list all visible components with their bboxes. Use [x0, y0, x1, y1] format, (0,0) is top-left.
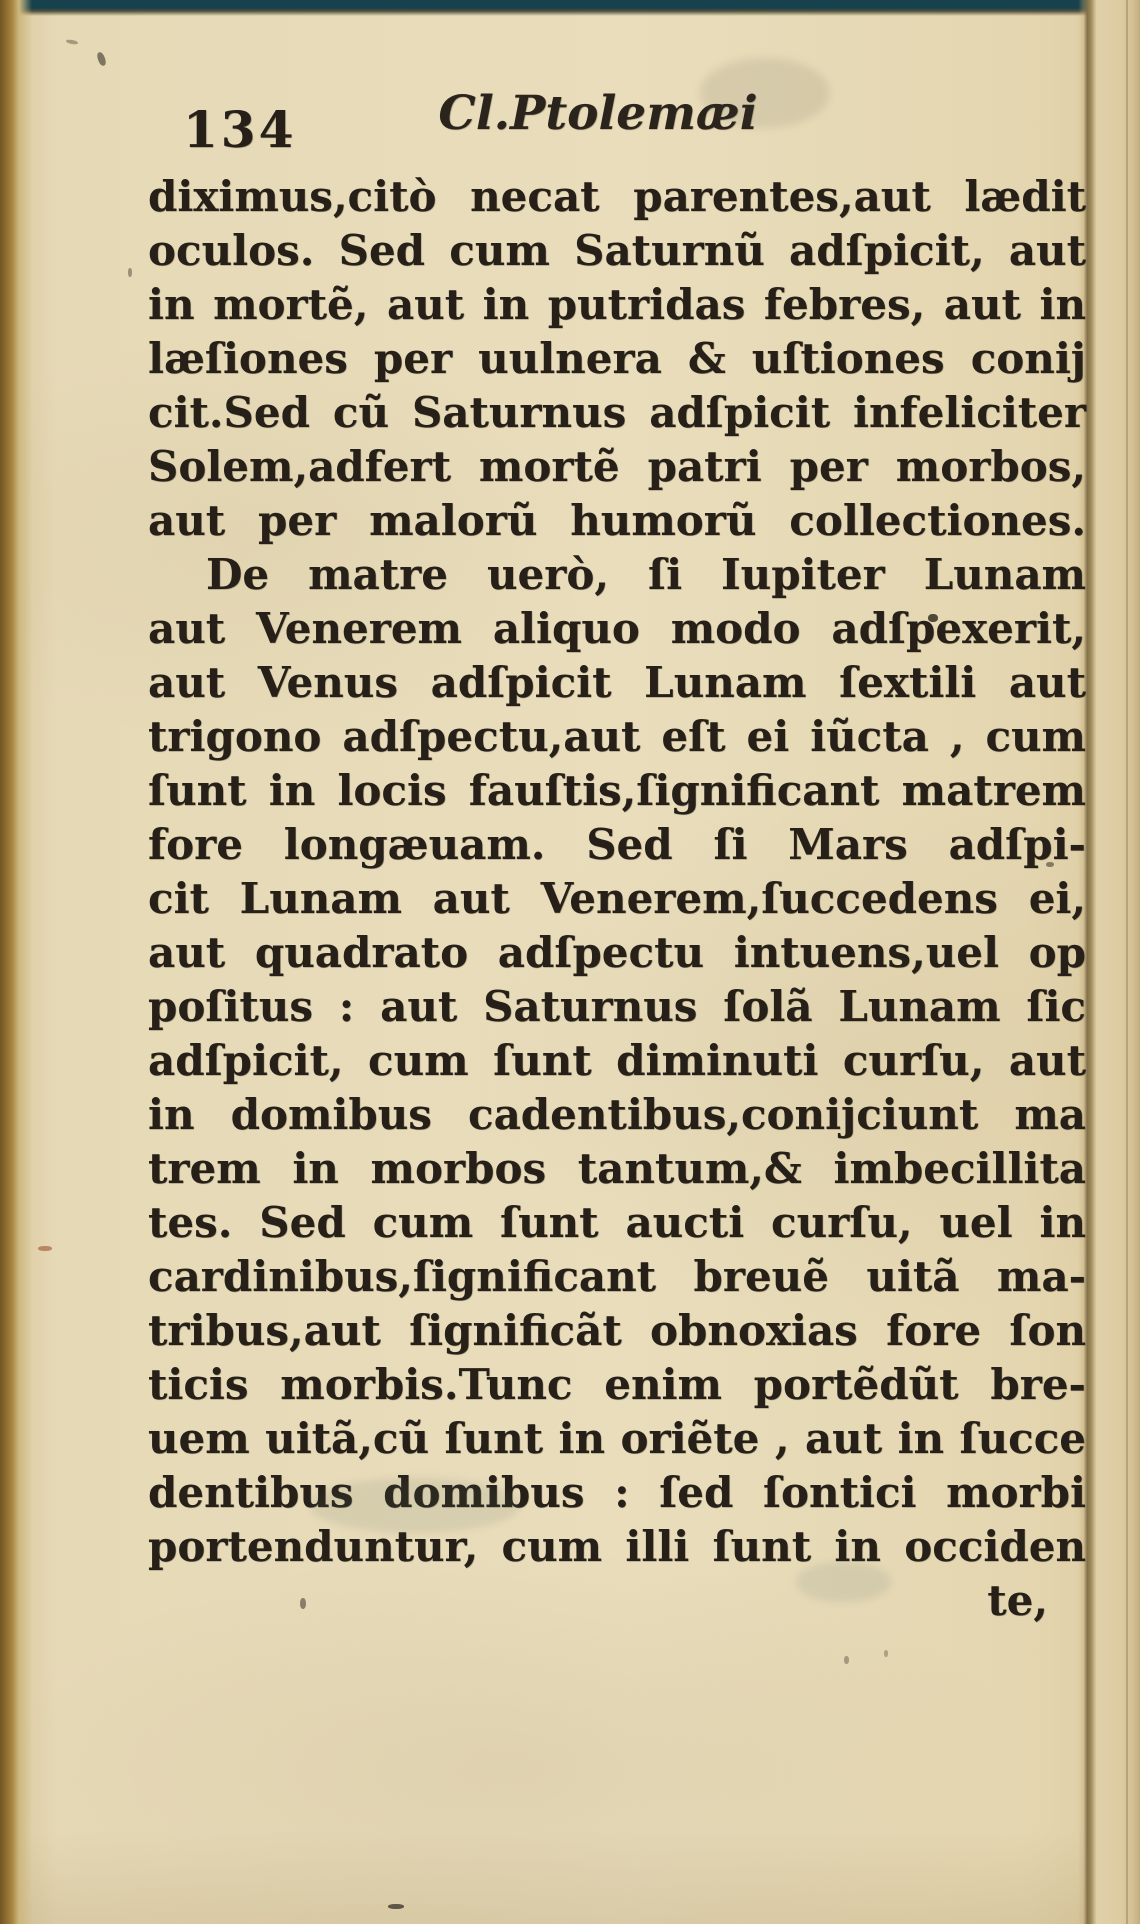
text-line: læſiones per uulnera & uſtiones conij	[148, 332, 1086, 386]
running-header: Cl.Ptolemæi	[148, 86, 1048, 141]
text-line: in domibus cadentibus,conijciunt ma	[148, 1088, 1086, 1142]
text-line: portenduntur, cum illi ſunt in occiden	[148, 1520, 1086, 1574]
catchword: te,	[148, 1576, 1048, 1625]
text-block: diximus,citò necat parentes,aut læditocu…	[148, 170, 1086, 1574]
paper-speckle	[300, 1598, 306, 1609]
text-line: poſitus : aut Saturnus ſolã Lunam ſic	[148, 980, 1086, 1034]
page-right-edge	[1078, 0, 1140, 1924]
ink-showthrough-smudge	[310, 1478, 520, 1533]
text-line: tribus,aut ſignificãt obnoxias fore ſon	[148, 1304, 1086, 1358]
book-page: 134 Cl.Ptolemæi diximus,citò necat paren…	[0, 0, 1140, 1924]
text-line: cit.Sed cũ Saturnus adſpicit infeliciter	[148, 386, 1086, 440]
text-line: fore longæuam. Sed ſi Mars adſpi-	[148, 818, 1086, 872]
paper-speckle	[388, 1904, 404, 1909]
ink-showthrough-smudge	[796, 1562, 891, 1602]
text-line: aut Venerem aliquo modo adſpexerit,	[148, 602, 1086, 656]
book-top-edge	[0, 0, 1140, 16]
text-line: dentibus domibus : ſed ſontici morbi	[148, 1466, 1086, 1520]
text-line: trigono adſpectu,aut eſt ei iũcta , cum	[148, 710, 1086, 764]
paper-speckle	[128, 268, 132, 277]
text-line: ticis morbis.Tunc enim portẽdũt bre-	[148, 1358, 1086, 1412]
paper-speckle	[844, 1656, 849, 1664]
text-line: trem in morbos tantum,& imbecillita	[148, 1142, 1086, 1196]
text-line: adſpicit, cum ſunt diminuti curſu, aut	[148, 1034, 1086, 1088]
page-edge-crease	[1126, 0, 1128, 1924]
ink-showthrough-smudge	[700, 58, 830, 128]
text-line: oculos. Sed cum Saturnũ adſpicit, aut	[148, 224, 1086, 278]
paper-speckle	[928, 614, 938, 622]
text-line: De matre uerò, ſi Iupiter Lunam	[148, 548, 1086, 602]
text-line: cit Lunam aut Venerem,ſuccedens ei,	[148, 872, 1086, 926]
paper-speckle	[96, 51, 107, 67]
text-line: ſunt in locis fauſtis,ſignificant matrem	[148, 764, 1086, 818]
paper-speckle	[38, 1246, 52, 1251]
text-line: aut quadrato adſpectu intuens,uel op	[148, 926, 1086, 980]
text-line: Solem,adfert mortẽ patri per morbos,	[148, 440, 1086, 494]
paper-speckle	[1046, 862, 1054, 867]
paper-speckle	[66, 39, 79, 45]
text-line: aut Venus adſpicit Lunam ſextili aut	[148, 656, 1086, 710]
text-line: uem uitã,cũ ſunt in oriẽte , aut in ſucc…	[148, 1412, 1086, 1466]
text-line: cardinibus,ſignificant breuẽ uitã ma-	[148, 1250, 1086, 1304]
text-line: diximus,citò necat parentes,aut lædit	[148, 170, 1086, 224]
text-line: aut per malorũ humorũ collectiones.	[148, 494, 1086, 548]
book-spine-edge	[0, 0, 32, 1924]
paper-speckle	[884, 1650, 888, 1657]
text-line: in mortẽ, aut in putridas febres, aut in	[148, 278, 1086, 332]
text-line: tes. Sed cum ſunt aucti curſu, uel in	[148, 1196, 1086, 1250]
